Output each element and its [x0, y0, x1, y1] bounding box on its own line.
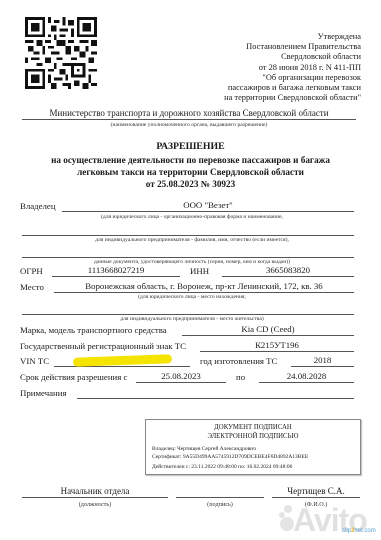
- ogrn-value: 1113668027219: [52, 265, 180, 277]
- stamp-title-1: ДОКУМЕНТ ПОДПИСАН: [146, 424, 360, 433]
- place-caption-2: для индивидуального предпринимателя - ме…: [22, 316, 362, 322]
- place-value: Воронежская область, г. Воронеж, пр-кт Л…: [54, 281, 354, 293]
- inn-value: 3665083820: [222, 265, 354, 277]
- owner-line-2: [22, 224, 354, 236]
- place-label: Место: [20, 282, 44, 292]
- place-line-2: [22, 303, 354, 315]
- approval-block: Утверждена Постановлением Правительства …: [131, 32, 361, 103]
- stamp-owner: Владелец: Чертищев Сергей Александрович: [146, 445, 360, 453]
- owner-caption-1: (для юридического лица - организационно-…: [22, 214, 362, 220]
- approval-line: Постановлением Правительства: [131, 42, 361, 52]
- clip-text: clip: [342, 528, 351, 534]
- clip-text-3: net.com: [354, 528, 375, 534]
- year-label: год изготовления ТС: [200, 356, 277, 366]
- owner-value: ООО "Везет": [62, 200, 354, 212]
- document-subtitle-1: на осуществление деятельности по перевоз…: [0, 155, 381, 165]
- stamp-validity: Действителен с: 23.11.2022 09:48:00 по: …: [146, 463, 360, 471]
- place-caption-1: (для юридического лица - место нахождени…: [22, 294, 362, 300]
- owner-caption-2: для индивидуального предпринимателя - фа…: [22, 237, 362, 243]
- validity-from: 25.08.2023: [136, 371, 226, 383]
- position-caption: (должность): [22, 501, 168, 508]
- inn-label: ИНН: [190, 266, 209, 276]
- owner-label: Владелец: [20, 201, 56, 211]
- approval-line: "Об организации перевозок: [131, 73, 361, 83]
- approval-line: от 28 июня 2018 г. N 411-ПП: [131, 63, 361, 73]
- signature-line: [176, 486, 264, 498]
- document-subtitle-2: легковым такси на территории Свердловско…: [0, 167, 381, 177]
- document-title: РАЗРЕШЕНИЕ: [0, 141, 381, 152]
- validity-label: Срок действия разрешения с: [20, 372, 127, 382]
- signatory-name: Чертищев С.А.: [272, 486, 360, 498]
- plate-value: К215УТ196: [200, 340, 354, 352]
- vehicle-make-label: Марка, модель транспортного средства: [20, 325, 167, 335]
- year-value: 2018: [291, 355, 354, 367]
- issuing-authority: Министерство транспорта и дорожного хозя…: [22, 108, 356, 120]
- plate-label: Государственный регистрационный знак ТС: [20, 341, 186, 351]
- vehicle-make-value: Kia CD (Ceed): [182, 324, 354, 336]
- approval-line: на территории Свердловской области": [131, 93, 361, 103]
- signatory-position: Начальник отдела: [22, 486, 168, 498]
- document-date-number: от 25.08.2023 № 30923: [0, 179, 381, 189]
- stamp-certificate: Сертификат: 9A55D499AA5745912D709DCEBE4F…: [146, 453, 360, 461]
- stamp-title-2: ЭЛЕКТРОННОЙ ПОДПИСЬЮ: [146, 433, 360, 442]
- authority-caption: (наименование уполномоченного органа, вы…: [22, 122, 356, 128]
- owner-line-3: [22, 246, 354, 258]
- qr-code-icon: [25, 13, 97, 93]
- signature-caption: (подпись): [176, 501, 264, 508]
- validity-to-label: по: [236, 372, 245, 382]
- clip2net-watermark: clip2net.com: [342, 528, 376, 534]
- approval-line: Утверждена: [131, 32, 361, 42]
- vin-label: VIN ТС: [20, 356, 49, 366]
- notes-value: [77, 387, 354, 399]
- approval-line: Свердловской области: [131, 52, 361, 62]
- electronic-signature-stamp: ДОКУМЕНТ ПОДПИСАН ЭЛЕКТРОННОЙ ПОДПИСЬЮ В…: [145, 419, 361, 475]
- validity-to: 24.08.2028: [259, 371, 354, 383]
- ogrn-label: ОГРН: [20, 266, 43, 276]
- approval-line: пассажиров и багажа легковым такси: [131, 83, 361, 93]
- notes-label: Примечания: [20, 388, 67, 398]
